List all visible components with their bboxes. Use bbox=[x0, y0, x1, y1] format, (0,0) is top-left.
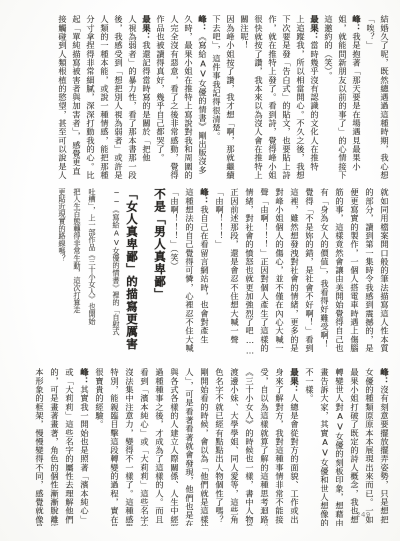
text-column: 不一樣。 bbox=[302, 368, 317, 526]
text-column: 峰：我自己在看留言網站時，也會對產生 bbox=[197, 188, 212, 364]
speaker-label: 峰： bbox=[198, 15, 208, 32]
text-column: 下次要是發「告白式」的貼文，也要貼上詩 bbox=[280, 15, 294, 184]
text-column: 峰：《寫給AV女優的情書》剛出版沒多 bbox=[196, 15, 210, 184]
text-column: 特別，能親臨目擊這段轉變的過程，實在是 bbox=[107, 368, 122, 526]
text-column: 這裡，雖然想發洩對社會的情緒，更多的是 bbox=[287, 188, 302, 364]
text-column: 峰：其實我一開始也是照著「濱本純心」 bbox=[77, 368, 92, 526]
text-column: 渡邊小妹、大學學姐、同人愛等，這些角 bbox=[227, 368, 242, 526]
text-column: 聲「由啊！！！」正因對個人產生了這樣的 bbox=[257, 188, 272, 364]
text-column: 人類的一種本能，或說一種情感，能把那種 bbox=[98, 15, 112, 184]
text-column: 「由啊！！！」（笑） bbox=[167, 188, 182, 364]
text-column: 因為峰小姐按了讚，我才想「啊，那就繼續 bbox=[224, 15, 238, 184]
text-column: 關注呢！ bbox=[238, 15, 252, 184]
text-column: 就如同用檔案開口般的筆法描寫這人性本質 bbox=[377, 188, 392, 364]
lead-in-column: 吐槽」，上一部作品《三十小女人》也開始 bbox=[85, 188, 100, 364]
page-number: 249 bbox=[356, 511, 371, 519]
text-column: 「由啊！！！」 bbox=[212, 188, 227, 364]
text-column: 作品也被讀得真好，幾乎自己都哭了。 bbox=[154, 15, 168, 184]
text-column: 很快就按了讚，我本來以為沒人會在推特上 bbox=[252, 15, 266, 184]
speaker-label: 峰： bbox=[352, 15, 362, 32]
text-column: 最果：我還記得當時寫的是關於「把他 bbox=[140, 15, 154, 184]
text-column: 色名字不就已經有點點出人物個性了嗎？ bbox=[212, 368, 227, 526]
text-column: 最果：當時幾乎沒有認識的文化人在推特 bbox=[308, 15, 322, 184]
text-column: 有「身為女人的價值」，我看得好難受啊！ bbox=[317, 188, 332, 364]
text-column: 後，我感受到「想把別人視為弱者」或許是 bbox=[112, 15, 126, 184]
text-column: 剛開始看的時候，會以為「他們就是這樣的 bbox=[197, 368, 212, 526]
text-column: 看到「濱本純心」或「大莉莉」這些名字就 bbox=[137, 368, 152, 526]
text-column: 人完全沒有惡意，看了之後非常感動，覺得 bbox=[168, 15, 182, 184]
text-column: 「唉？」 bbox=[364, 15, 378, 184]
text-column: 沒法集中注意力，變得不一樣了。這種感覺 bbox=[122, 368, 137, 526]
text-column: 分寸拿捏得非常細膩，深深打動我的心。比 bbox=[84, 15, 98, 184]
text-column: 這種想法的自己覺得可憐，心裡忍不住大喊 bbox=[182, 188, 197, 364]
middle-text-block: 就如同用檔案開口般的筆法描寫這人性本質的部分，讀到第一集時令我感到震撼的，是便更… bbox=[56, 188, 392, 364]
text-column: 作，就在推特上發了。看到詩，覺得峰小姐 bbox=[266, 15, 280, 184]
speaker-label: 峰： bbox=[80, 368, 90, 385]
text-column: 與各式各樣的人建立人際關係、人生中經歷 bbox=[167, 368, 182, 526]
text-column: 或「大莉莉」這些名字的屬性去理解他們 bbox=[62, 368, 77, 526]
text-column: 《三十小女人》的時候也一樣，書中人物像 bbox=[242, 368, 257, 526]
text-column: 的，可是畫著畫著，角色的個性漸漸脫離原 bbox=[47, 368, 62, 526]
text-column: 對峰小姐個人的傷心，並不僅在內心大喊一 bbox=[272, 188, 287, 364]
text-column: 筋的事，這樣竟然會讓由美開始覺得自己也 bbox=[332, 188, 347, 364]
section-heading-line: 「女人真卑鄙」的描寫更厲害 bbox=[124, 188, 139, 364]
text-column: 起「單純描寫被害者與加害者」，感覺更直 bbox=[70, 15, 84, 184]
text-column: 受，自以為這樣就算了解的這種思考迴路。 bbox=[257, 368, 272, 526]
lead-in-column: ──《寫給AV女優的情書》裡的「自慰式 bbox=[109, 188, 124, 364]
text-column: 結婚久了呢，既然總遇過這種時期，我心想 bbox=[378, 15, 392, 184]
text-column: 正因前述那段，還是會忍不住想大喊一聲 bbox=[227, 188, 242, 364]
text-column: 姐，就能問新朋友以前的事了」的心情接下 bbox=[336, 15, 350, 184]
book-page: 結婚久了呢，既然總遇過這種時期，我心想「唉？」峰：我是抱著「那天要是在場遇見最果… bbox=[0, 0, 400, 541]
text-column: 下去吧」，這件事我記得很清楚。 bbox=[210, 15, 224, 184]
text-column: 這邀約的（笑）。 bbox=[322, 15, 336, 184]
text-column: 很寶貴的經驗。 bbox=[92, 368, 107, 526]
text-column: 情緒，對社會的憤怒也就更加強烈了吧…… bbox=[242, 188, 257, 364]
text-column: 最果：人總是會從對方的面貌、工作或出 bbox=[287, 368, 302, 526]
text-column: 覺得「不是妳的錯，是社會不好啊！」看到 bbox=[302, 188, 317, 364]
speaker-label: 最果： bbox=[290, 368, 300, 394]
text-column: 人」，可是看著看著就會發現，他們也是在 bbox=[182, 368, 197, 526]
top-text-block: 結婚久了呢，既然總遇過這種時期，我心想「唉？」峰：我是抱著「那天要是在場遇見最果… bbox=[56, 15, 392, 184]
text-column: 女優的種類原原本本展現出來而已。一如 bbox=[362, 368, 377, 526]
bottom-text-block: 峰：沒有刻意要擺放擺弄姿勢，只是想把女優的種類原原本本展現出來而已。一如最果小姐… bbox=[32, 368, 392, 526]
speaker-label: 峰： bbox=[200, 188, 210, 205]
text-column: 轉變世人對AV女優的刻板印象，想藉由漫 bbox=[332, 368, 347, 526]
text-column: 久時，最果小姐在推特上寫說對我和周圍的 bbox=[182, 15, 196, 184]
speaker-label: 最果： bbox=[142, 15, 152, 41]
speaker-label: 峰： bbox=[380, 368, 390, 385]
speaker-label: 最果： bbox=[310, 15, 320, 41]
text-column: 接觸碰到人類根植的慾望，甚至可以說是人 bbox=[56, 15, 70, 184]
text-column: 便更寫實的製作，一個人搭電車時遇上傷腦 bbox=[347, 188, 362, 364]
text-column: 峰：沒有刻意要擺放擺弄姿勢，只是想把 bbox=[377, 368, 392, 526]
text-column: 峰：我是抱著「那天要是在場遇見最果小 bbox=[350, 15, 364, 184]
lead-in-column: 把人生百態轉得非常生動，這次打算走 bbox=[70, 188, 85, 364]
text-column: 過種種事之後，才成為了這樣的人。而且一 bbox=[152, 368, 167, 526]
section-heading-line: 不是「男人真卑鄙」 bbox=[152, 188, 167, 364]
lead-in-column: 更貼近現實的路線嗎？ bbox=[56, 188, 70, 364]
text-column: 本形象的框架，慢慢變得不同，感覺就像是 bbox=[32, 368, 47, 526]
text-column: 身來了解對方，我對這種事情非常不能接 bbox=[272, 368, 287, 526]
text-column: 最果小姐打破了既定的詩人概念，我也想 bbox=[347, 368, 362, 526]
text-column: 人視為弱者」的暴力性，看了那本書那一段 bbox=[126, 15, 140, 184]
text-column: 畫告訴大家，其實AV女優和世人想像的 bbox=[317, 368, 332, 526]
text-column: 的部分，讀到第一集時令我感到震撼的，是 bbox=[362, 188, 377, 364]
text-column: 上追蹤我，所以相當開心。不久之後，我想 bbox=[294, 15, 308, 184]
